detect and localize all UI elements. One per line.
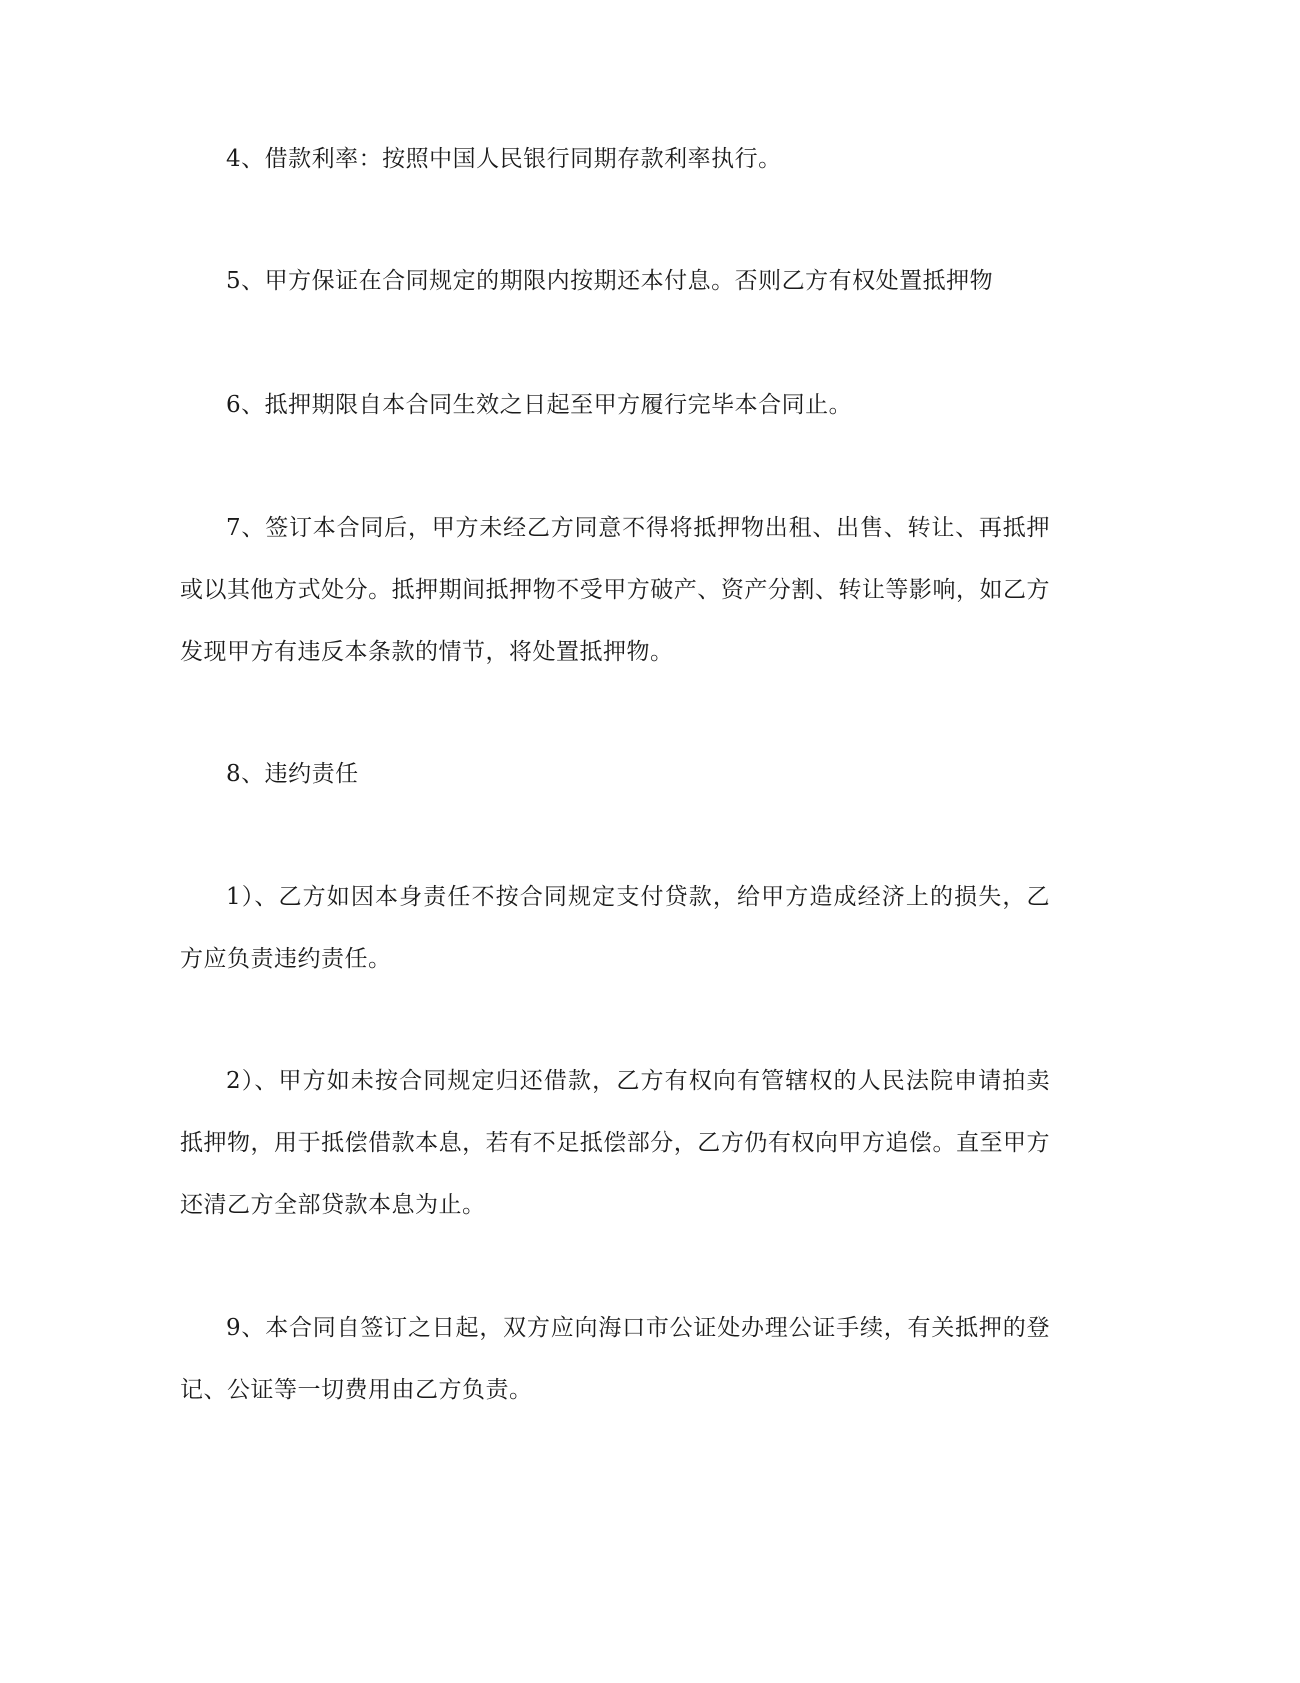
clause-8-1-party-b-liability: 1）、乙方如因本身责任不按合同规定支付贷款，给甲方造成经济上的损失，乙方应负责违…	[180, 866, 1050, 990]
clause-5-repayment-guarantee: 5、甲方保证在合同规定的期限内按期还本付息。否则乙方有权处置抵押物	[180, 250, 1050, 312]
clause-8-breach-heading: 8、违约责任	[180, 743, 1050, 805]
clause-8-2-party-a-liability: 2）、甲方如未按合同规定归还借款，乙方有权向有管辖权的人民法院申请拍卖抵押物，用…	[180, 1050, 1050, 1236]
document-page: 4、借款利率：按照中国人民银行同期存款利率执行。 5、甲方保证在合同规定的期限内…	[0, 0, 1300, 1683]
clause-9-notarization: 9、本合同自签订之日起，双方应向海口市公证处办理公证手续，有关抵押的登记、公证等…	[180, 1297, 1050, 1421]
clause-4-interest-rate: 4、借款利率：按照中国人民银行同期存款利率执行。	[180, 128, 1050, 190]
clause-6-mortgage-term: 6、抵押期限自本合同生效之日起至甲方履行完毕本合同止。	[180, 374, 1050, 436]
clause-7-disposal-restriction: 7、签订本合同后，甲方未经乙方同意不得将抵押物出租、出售、转让、再抵押或以其他方…	[180, 497, 1050, 683]
